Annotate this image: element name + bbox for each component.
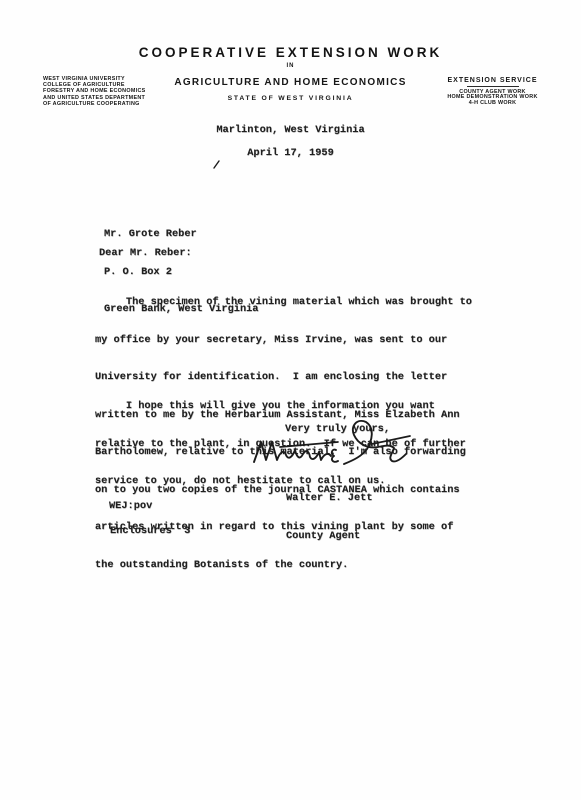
pen-tick-mark bbox=[213, 160, 221, 169]
extension-service-underline bbox=[467, 86, 519, 87]
body-line: The specimen of the vining material whic… bbox=[95, 296, 472, 309]
salutation: Dear Mr. Reber: bbox=[99, 247, 192, 260]
dateline-place: Marlinton, West Virginia bbox=[0, 124, 581, 137]
typed-signature-name: Walter E. Jett bbox=[286, 492, 373, 505]
typed-signature-block: Walter E. Jett County Agent bbox=[286, 467, 373, 567]
enclosures-note: Enclosures 3 bbox=[110, 525, 190, 538]
handwritten-signature bbox=[250, 416, 420, 474]
letterhead-right-block: EXTENSION SERVICE COUNTY AGENT WORK HOME… bbox=[425, 77, 560, 107]
body-line: service to you, do not hestitate to call… bbox=[95, 475, 466, 488]
extension-service-title: EXTENSION SERVICE bbox=[425, 77, 560, 84]
body-line: my office by your secretary, Miss Irvine… bbox=[95, 334, 472, 347]
typist-initials: WEJ:pov bbox=[109, 500, 152, 513]
body-line: the outstanding Botanists of the country… bbox=[95, 559, 472, 572]
typed-signature-title: County Agent bbox=[286, 530, 373, 543]
letterhead-title: COOPERATIVE EXTENSION WORK bbox=[0, 45, 581, 60]
letter-page: COOPERATIVE EXTENSION WORK IN WEST VIRGI… bbox=[0, 0, 581, 800]
body-line: I hope this will give you the informatio… bbox=[95, 400, 466, 413]
work-line: 4-H CLUB WORK bbox=[425, 101, 560, 107]
letterhead-in: IN bbox=[0, 63, 581, 69]
dateline-date: April 17, 1959 bbox=[0, 147, 581, 160]
address-line: Mr. Grote Reber bbox=[104, 228, 258, 241]
